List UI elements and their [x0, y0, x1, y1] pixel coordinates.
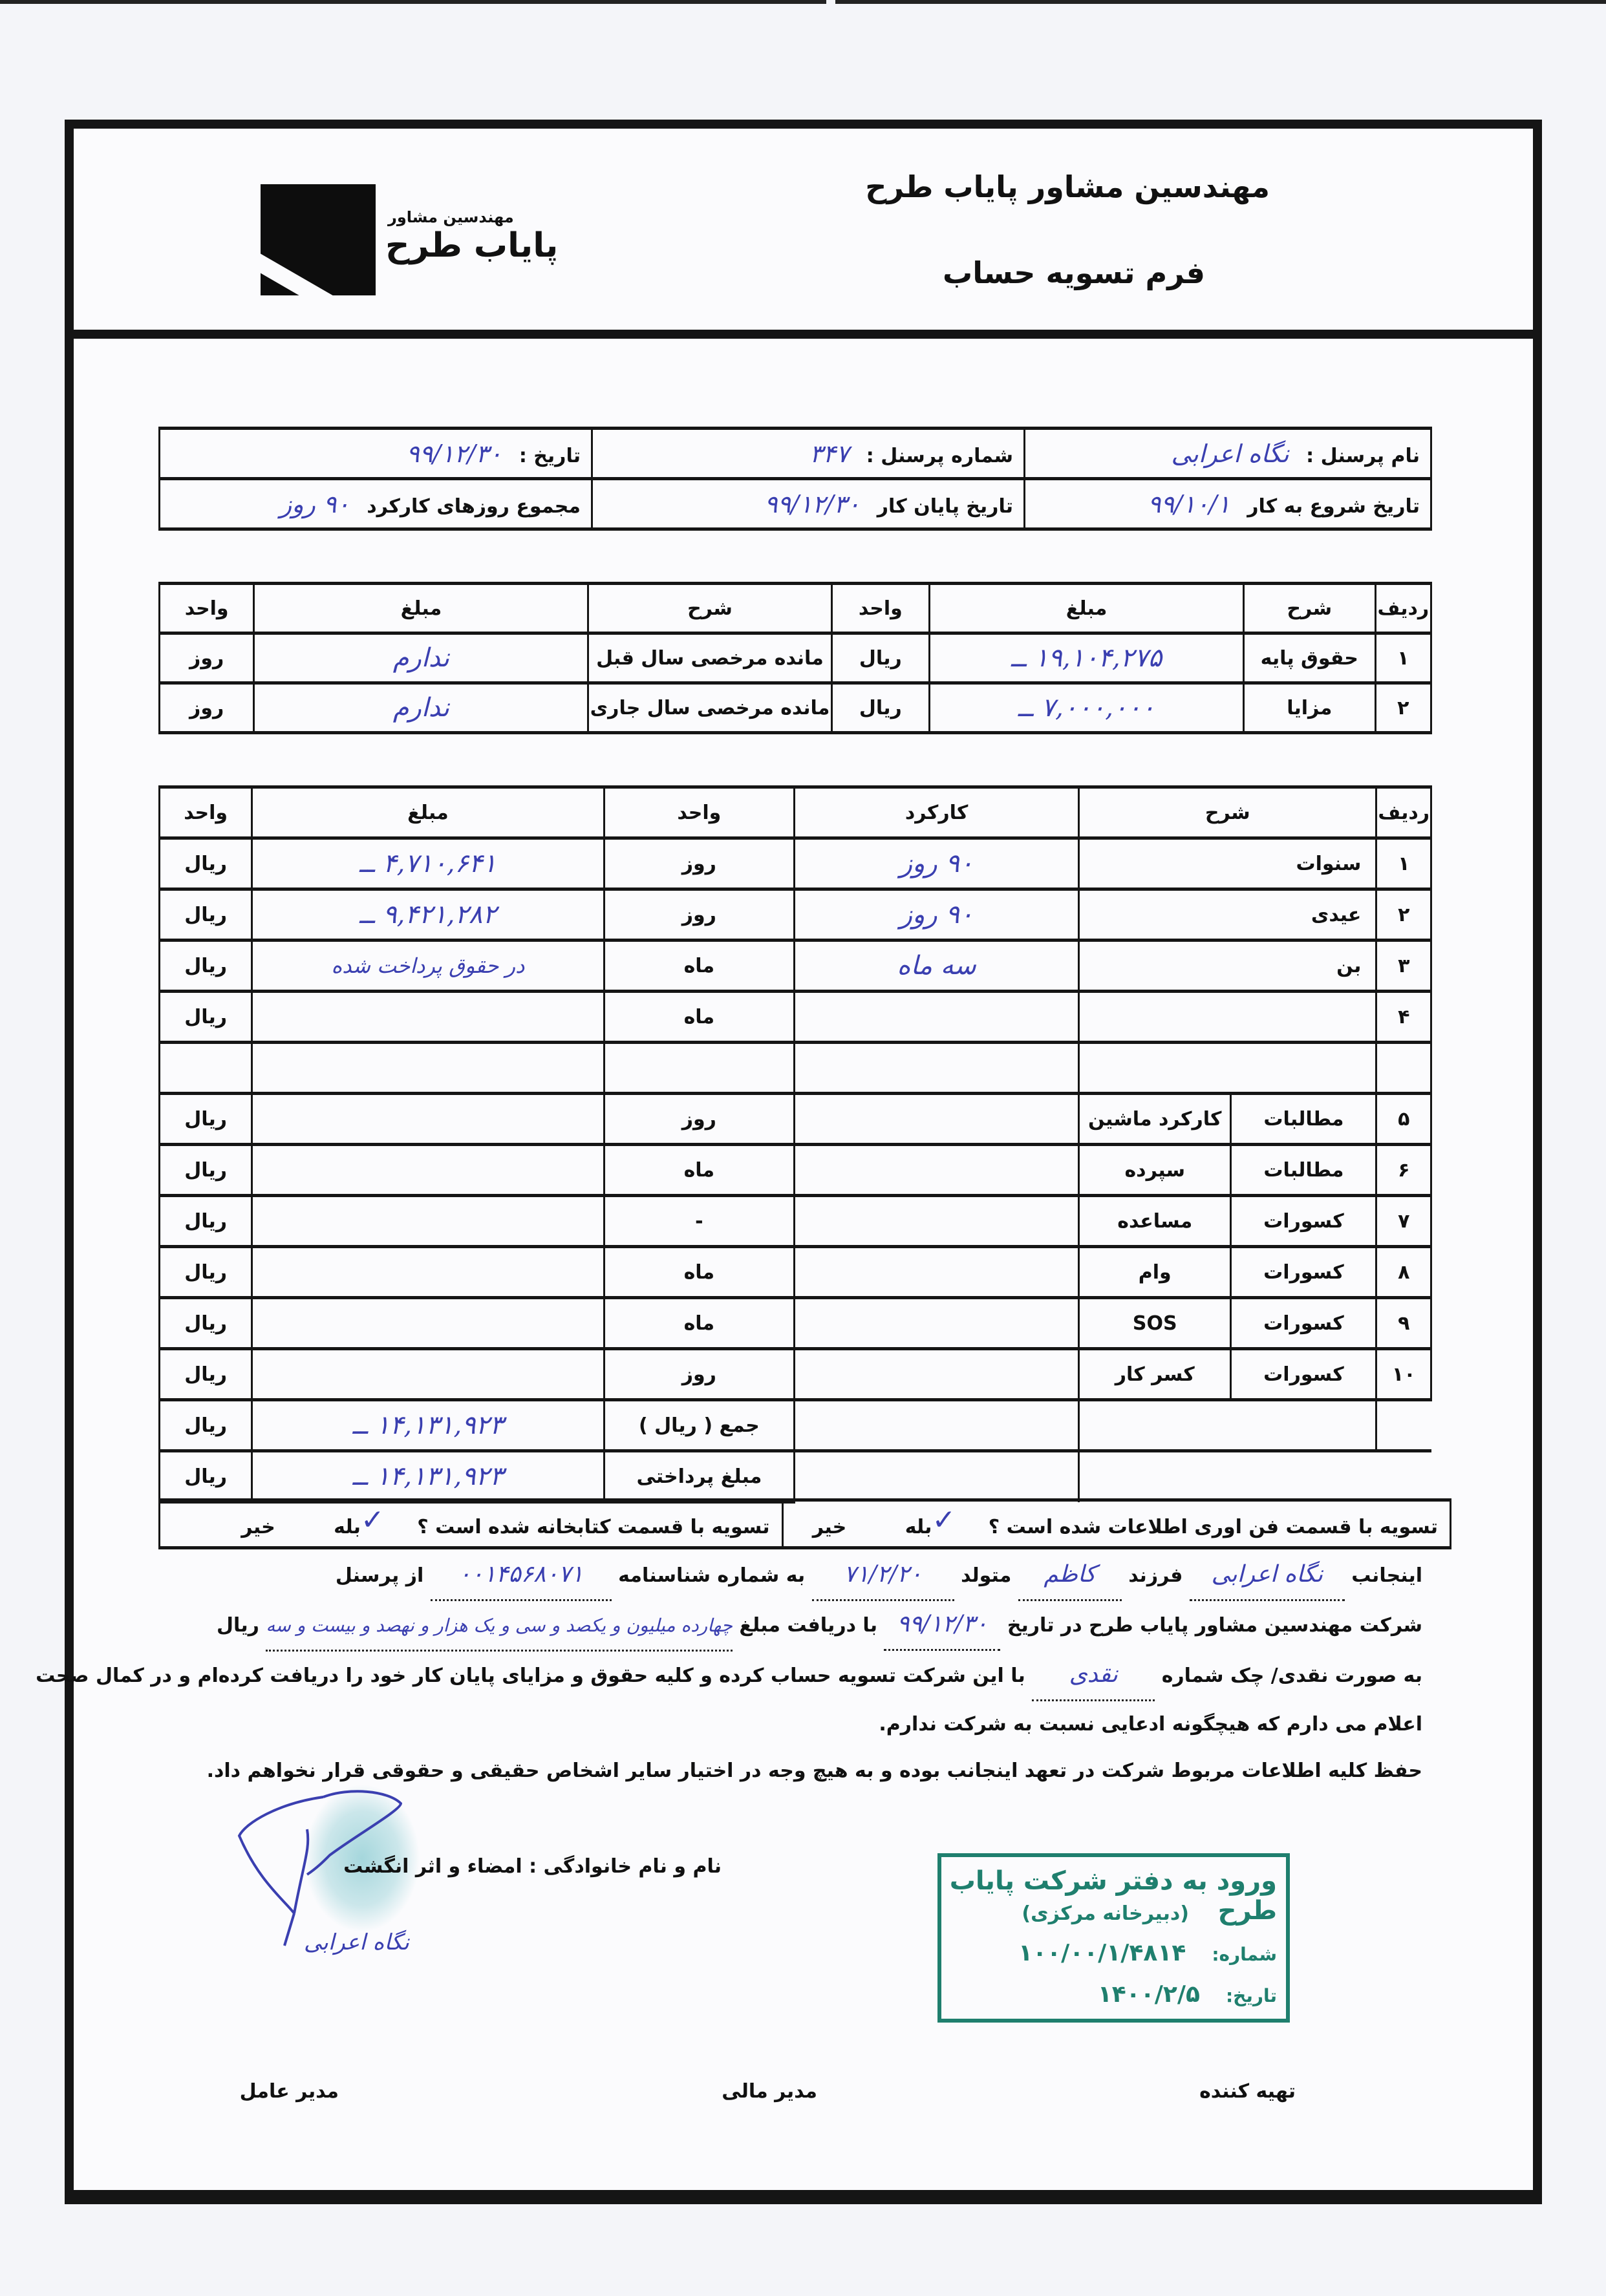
- row-amount[interactable]: ۴,۷۱۰,۶۴۱ ــ: [252, 838, 604, 889]
- table-row: ۲ عیدی ۹۰ روز روز ۹,۴۲۱,۲۸۲ ــ ریال: [160, 889, 1431, 941]
- row-desc: SOS: [1079, 1298, 1231, 1349]
- row-currency: ریال: [160, 889, 252, 941]
- row-unit: [604, 1043, 795, 1094]
- row-desc2: مانده مرخصی سال قبل: [588, 633, 831, 683]
- table-row-blank: [160, 1043, 1431, 1094]
- row-desc: کسر کار: [1079, 1349, 1231, 1400]
- logo-text-main: پایاب طرح: [385, 226, 558, 265]
- settlement-date-field[interactable]: ۹۹/۱۲/۳۰: [884, 1601, 1000, 1651]
- row-unit: ماه: [604, 1145, 795, 1196]
- row-desc: عیدی: [1079, 889, 1376, 941]
- row-unit2: روز: [160, 683, 254, 733]
- row-unit: ریال: [831, 683, 929, 733]
- row-work[interactable]: ۹۰ روز: [795, 889, 1079, 941]
- row-number: ۲: [1375, 683, 1431, 733]
- row-work[interactable]: [795, 1145, 1079, 1196]
- it-no-option[interactable]: خیر: [813, 1516, 847, 1538]
- personnel-name-cell[interactable]: نام پرسنل : نگاه اعرابی: [1024, 429, 1431, 479]
- row-currency: ریال: [160, 1247, 252, 1298]
- header-divider: [65, 330, 1542, 339]
- row-amount[interactable]: [252, 1349, 604, 1400]
- it-clearance: تسویه با قسمت فن اوری اطلاعات شده است ؟ …: [782, 1500, 1450, 1548]
- row-amount[interactable]: [252, 1043, 604, 1094]
- signature-handwritten-name: نگاه اعرابی: [304, 1929, 409, 1955]
- library-question: تسویه با قسمت کتابخانه شده است ؟: [417, 1516, 769, 1538]
- row-number: ۱۰: [1376, 1349, 1431, 1400]
- personnel-number-label: شماره پرسنل :: [866, 445, 1013, 467]
- date-value[interactable]: ۹۹/۱۲/۳۰: [406, 440, 502, 468]
- row-category: مطالبات: [1231, 1094, 1376, 1145]
- end-date-value[interactable]: ۹۹/۱۲/۳۰: [764, 490, 860, 518]
- stamp-number: شماره:۱۰۰/۰۰/۱/۴۸۱۴: [1018, 1940, 1277, 1966]
- row-number: [1376, 1043, 1431, 1094]
- row-unit: روز: [604, 1349, 795, 1400]
- table-row: ۴ ماه ریال: [160, 992, 1431, 1043]
- finance-manager-signature-label: مدیر مالی: [722, 2080, 817, 2103]
- column-header: واحد: [160, 787, 252, 838]
- table-row: ۲ مزایا ۷,۰۰۰,۰۰۰ ــ ریال مانده مرخصی سا…: [160, 683, 1431, 733]
- column-header: مبلغ: [930, 584, 1244, 633]
- id-number-field[interactable]: ۰۰۱۴۵۶۸۰۷۱: [431, 1551, 612, 1601]
- table-row: ۱ سنوات ۹۰ روز روز ۴,۷۱۰,۶۴۱ ــ ریال: [160, 838, 1431, 889]
- row-amount2[interactable]: ندارم: [254, 683, 588, 733]
- company-logo-icon: [261, 184, 376, 295]
- start-date-cell[interactable]: تاریخ شروع به کار ۹۹/۱۰/۱: [1024, 479, 1431, 529]
- row-number: ۳: [1376, 941, 1431, 992]
- table-header-row: ردیف شرح مبلغ واحد شرح مبلغ واحد: [160, 584, 1431, 633]
- paid-row: مبلغ پرداختی ۱۴,۱۳۱,۹۲۳ ــ ریال: [160, 1451, 1431, 1502]
- column-header: ردیف: [1375, 584, 1431, 633]
- personnel-info-table: نام پرسنل : نگاه اعرابی شماره پرسنل : ۳۴…: [158, 427, 1432, 531]
- row-currency: ریال: [160, 838, 252, 889]
- column-header: کارکرد: [795, 787, 1079, 838]
- row-unit: -: [604, 1196, 795, 1247]
- logo-text-top: مهندسین مشاور: [388, 208, 514, 226]
- row-number: ۹: [1376, 1298, 1431, 1349]
- total-row: جمع ( ریال ) ۱۴,۱۳۱,۹۲۳ ــ ریال: [160, 1400, 1431, 1451]
- row-work[interactable]: [795, 1196, 1079, 1247]
- library-yes-option[interactable]: ✓بله: [334, 1507, 385, 1540]
- table-row: ۱۰ کسورات کسر کار روز ریال: [160, 1349, 1431, 1400]
- total-label: جمع ( ریال ): [604, 1400, 795, 1451]
- row-unit: ماه: [604, 1247, 795, 1298]
- row-currency: [160, 1043, 252, 1094]
- column-header: شرح: [1243, 584, 1375, 633]
- row-unit: روز: [604, 838, 795, 889]
- total-days-value[interactable]: ۹۰ روز: [280, 490, 350, 518]
- row-desc: وام: [1079, 1247, 1231, 1298]
- table-row: ۷ کسورات مساعده - ریال: [160, 1196, 1431, 1247]
- row-work[interactable]: [795, 1298, 1079, 1349]
- row-category: کسورات: [1231, 1349, 1376, 1400]
- row-work[interactable]: سه ماه: [795, 941, 1079, 992]
- scan-edge-top: [0, 0, 1606, 4]
- row-number: ۸: [1376, 1247, 1431, 1298]
- declaration-paragraph: اینجانب نگاه اعرابی فرزند کاظم متولد ۷۱/…: [155, 1551, 1422, 1794]
- declarant-name-field[interactable]: نگاه اعرابی: [1190, 1551, 1345, 1601]
- row-amount[interactable]: [252, 1196, 604, 1247]
- paid-label: مبلغ پرداختی: [604, 1451, 795, 1502]
- birth-date-field[interactable]: ۷۱/۲/۲۰: [812, 1551, 954, 1601]
- row-amount[interactable]: ۱۹,۱۰۴,۲۷۵ ــ: [930, 633, 1244, 683]
- end-date-cell[interactable]: تاریخ پایان کار ۹۹/۱۲/۳۰: [592, 479, 1025, 529]
- row-desc: سنوات: [1079, 838, 1376, 889]
- ceo-signature-label: مدیر عامل: [240, 2080, 339, 2103]
- row-currency: ریال: [160, 941, 252, 992]
- settlement-items-table: ردیف شرح کارکرد واحد مبلغ واحد ۱ سنوات ۹…: [158, 785, 1432, 1504]
- row-amount[interactable]: [252, 1298, 604, 1349]
- stamp-subtitle: (دبیرخانه مرکزی): [1022, 1902, 1189, 1925]
- row-desc: مزایا: [1243, 683, 1375, 733]
- table-row: ۹ کسورات SOS ماه ریال: [160, 1298, 1431, 1349]
- registry-stamp: ورود به دفتر شرکت پایاب طرح (دبیرخانه مر…: [937, 1853, 1290, 2023]
- row-category: کسورات: [1231, 1298, 1376, 1349]
- personnel-number-cell[interactable]: شماره پرسنل : ۳۴۷: [592, 429, 1025, 479]
- row-number: ۴: [1376, 992, 1431, 1043]
- row-work[interactable]: [795, 1247, 1079, 1298]
- row-number: ۶: [1376, 1145, 1431, 1196]
- row-work[interactable]: [795, 1349, 1079, 1400]
- row-unit: روز: [604, 889, 795, 941]
- row-work[interactable]: ۹۰ روز: [795, 838, 1079, 889]
- end-date-label: تاریخ پایان کار: [877, 495, 1013, 518]
- row-currency: ریال: [160, 1094, 252, 1145]
- row-number: ۲: [1376, 889, 1431, 941]
- total-value[interactable]: ۱۴,۱۳۱,۹۲۳ ــ: [252, 1400, 604, 1451]
- column-header: مبلغ: [254, 584, 588, 633]
- row-unit: ماه: [604, 992, 795, 1043]
- row-desc: حقوق پایه: [1243, 633, 1375, 683]
- row-amount[interactable]: [252, 1145, 604, 1196]
- checkmark-icon: ✓: [361, 1504, 385, 1536]
- row-category: کسورات: [1231, 1196, 1376, 1247]
- row-number: ۷: [1376, 1196, 1431, 1247]
- payment-method-field[interactable]: نقدی: [1032, 1652, 1155, 1701]
- table-row: ۶ مطالبات سپرده ماه ریال: [160, 1145, 1431, 1196]
- total-days-cell[interactable]: مجموع روزهای کارکرد ۹۰ روز: [160, 479, 592, 529]
- column-header: شرح: [588, 584, 831, 633]
- row-number: ۵: [1376, 1094, 1431, 1145]
- row-desc: کارکرد ماشین: [1079, 1094, 1231, 1145]
- personnel-number-value[interactable]: ۳۴۷: [809, 440, 849, 468]
- declaration-line-4: اعلام می دارم که هیچگونه ادعایی نسبت به …: [155, 1701, 1422, 1748]
- scan-edge-gap: [826, 0, 835, 5]
- row-desc: سپرده: [1079, 1145, 1231, 1196]
- company-name: مهندسین مشاور پایاب طرح: [865, 169, 1270, 204]
- row-category: مطالبات: [1231, 1145, 1376, 1196]
- column-header: ردیف: [1376, 787, 1431, 838]
- table-row: ۱ حقوق پایه ۱۹,۱۰۴,۲۷۵ ــ ریال مانده مرخ…: [160, 633, 1431, 683]
- column-header: مبلغ: [252, 787, 604, 838]
- total-days-label: مجموع روزهای کارکرد: [367, 495, 581, 518]
- row-currency: ریال: [160, 1298, 252, 1349]
- library-no-option[interactable]: خیر: [241, 1516, 275, 1538]
- signature-label: نام و نام خانوادگی : امضاء و اثر انگشت: [343, 1855, 722, 1878]
- paid-value[interactable]: ۱۴,۱۳۱,۹۲۳ ــ: [252, 1451, 604, 1502]
- row-amount[interactable]: [252, 1094, 604, 1145]
- row-amount[interactable]: [252, 1247, 604, 1298]
- column-header: شرح: [1079, 787, 1376, 838]
- row-work[interactable]: [795, 1094, 1079, 1145]
- row-work[interactable]: [795, 1043, 1079, 1094]
- salary-leave-table: ردیف شرح مبلغ واحد شرح مبلغ واحد ۱ حقوق …: [158, 582, 1432, 734]
- checkmark-icon: ✓: [932, 1504, 956, 1536]
- paid-currency: ریال: [160, 1451, 252, 1502]
- row-amount[interactable]: ۷,۰۰۰,۰۰۰ ــ: [930, 683, 1244, 733]
- it-yes-option[interactable]: ✓بله: [905, 1507, 956, 1540]
- total-currency: ریال: [160, 1400, 252, 1451]
- row-currency: ریال: [160, 1349, 252, 1400]
- row-unit2: روز: [160, 633, 254, 683]
- table-row: ۸ کسورات وام ماه ریال: [160, 1247, 1431, 1298]
- column-header: واحد: [604, 787, 795, 838]
- row-amount[interactable]: در حقوق پرداخت شده: [252, 941, 604, 992]
- row-unit: ریال: [831, 633, 929, 683]
- row-desc: [1079, 992, 1376, 1043]
- start-date-label: تاریخ شروع به کار: [1247, 495, 1420, 518]
- row-number: ۱: [1376, 838, 1431, 889]
- row-currency: ریال: [160, 992, 252, 1043]
- column-header: واحد: [831, 584, 929, 633]
- row-desc: [1079, 1043, 1376, 1094]
- clearance-checks: تسویه با قسمت فن اوری اطلاعات شده است ؟ …: [158, 1498, 1451, 1549]
- row-currency: ریال: [160, 1196, 252, 1247]
- start-date-value[interactable]: ۹۹/۱۰/۱: [1148, 490, 1230, 518]
- form-title: فرم تسویه حساب: [943, 255, 1205, 290]
- date-cell[interactable]: تاریخ : ۹۹/۱۲/۳۰: [160, 429, 592, 479]
- personnel-name-label: نام پرسنل :: [1306, 445, 1420, 467]
- it-question: تسویه با قسمت فن اوری اطلاعات شده است ؟: [989, 1516, 1438, 1538]
- library-clearance: تسویه با قسمت کتابخانه شده است ؟ ✓بله خی…: [160, 1500, 783, 1548]
- row-category: کسورات: [1231, 1247, 1376, 1298]
- row-amount[interactable]: [252, 992, 604, 1043]
- amount-in-words-field[interactable]: چهارده میلیون و یکصد و سی و یک هزار و نه…: [266, 1602, 733, 1652]
- row-amount2[interactable]: ندارم: [254, 633, 588, 683]
- row-work[interactable]: [795, 992, 1079, 1043]
- personnel-name-value[interactable]: نگاه اعرابی: [1172, 440, 1289, 468]
- table-row: ۵ مطالبات کارکرد ماشین روز ریال: [160, 1094, 1431, 1145]
- row-amount[interactable]: ۹,۴۲۱,۲۸۲ ــ: [252, 889, 604, 941]
- stamp-date: تاریخ:۱۴۰۰/۲/۵: [1098, 1981, 1277, 2008]
- column-header: واحد: [160, 584, 254, 633]
- row-currency: ریال: [160, 1145, 252, 1196]
- preparer-signature-label: تهیه کننده: [1199, 2080, 1296, 2103]
- row-number: ۱: [1375, 633, 1431, 683]
- date-label: تاریخ :: [519, 445, 581, 467]
- father-name-field[interactable]: کاظم: [1018, 1551, 1122, 1601]
- row-unit: ماه: [604, 941, 795, 992]
- table-header-row: ردیف شرح کارکرد واحد مبلغ واحد: [160, 787, 1431, 838]
- table-row: ۳ بن سه ماه ماه در حقوق پرداخت شده ریال: [160, 941, 1431, 992]
- row-desc: بن: [1079, 941, 1376, 992]
- row-unit: ماه: [604, 1298, 795, 1349]
- row-desc: مساعده: [1079, 1196, 1231, 1247]
- row-desc2: مانده مرخصی سال جاری: [588, 683, 831, 733]
- row-unit: روز: [604, 1094, 795, 1145]
